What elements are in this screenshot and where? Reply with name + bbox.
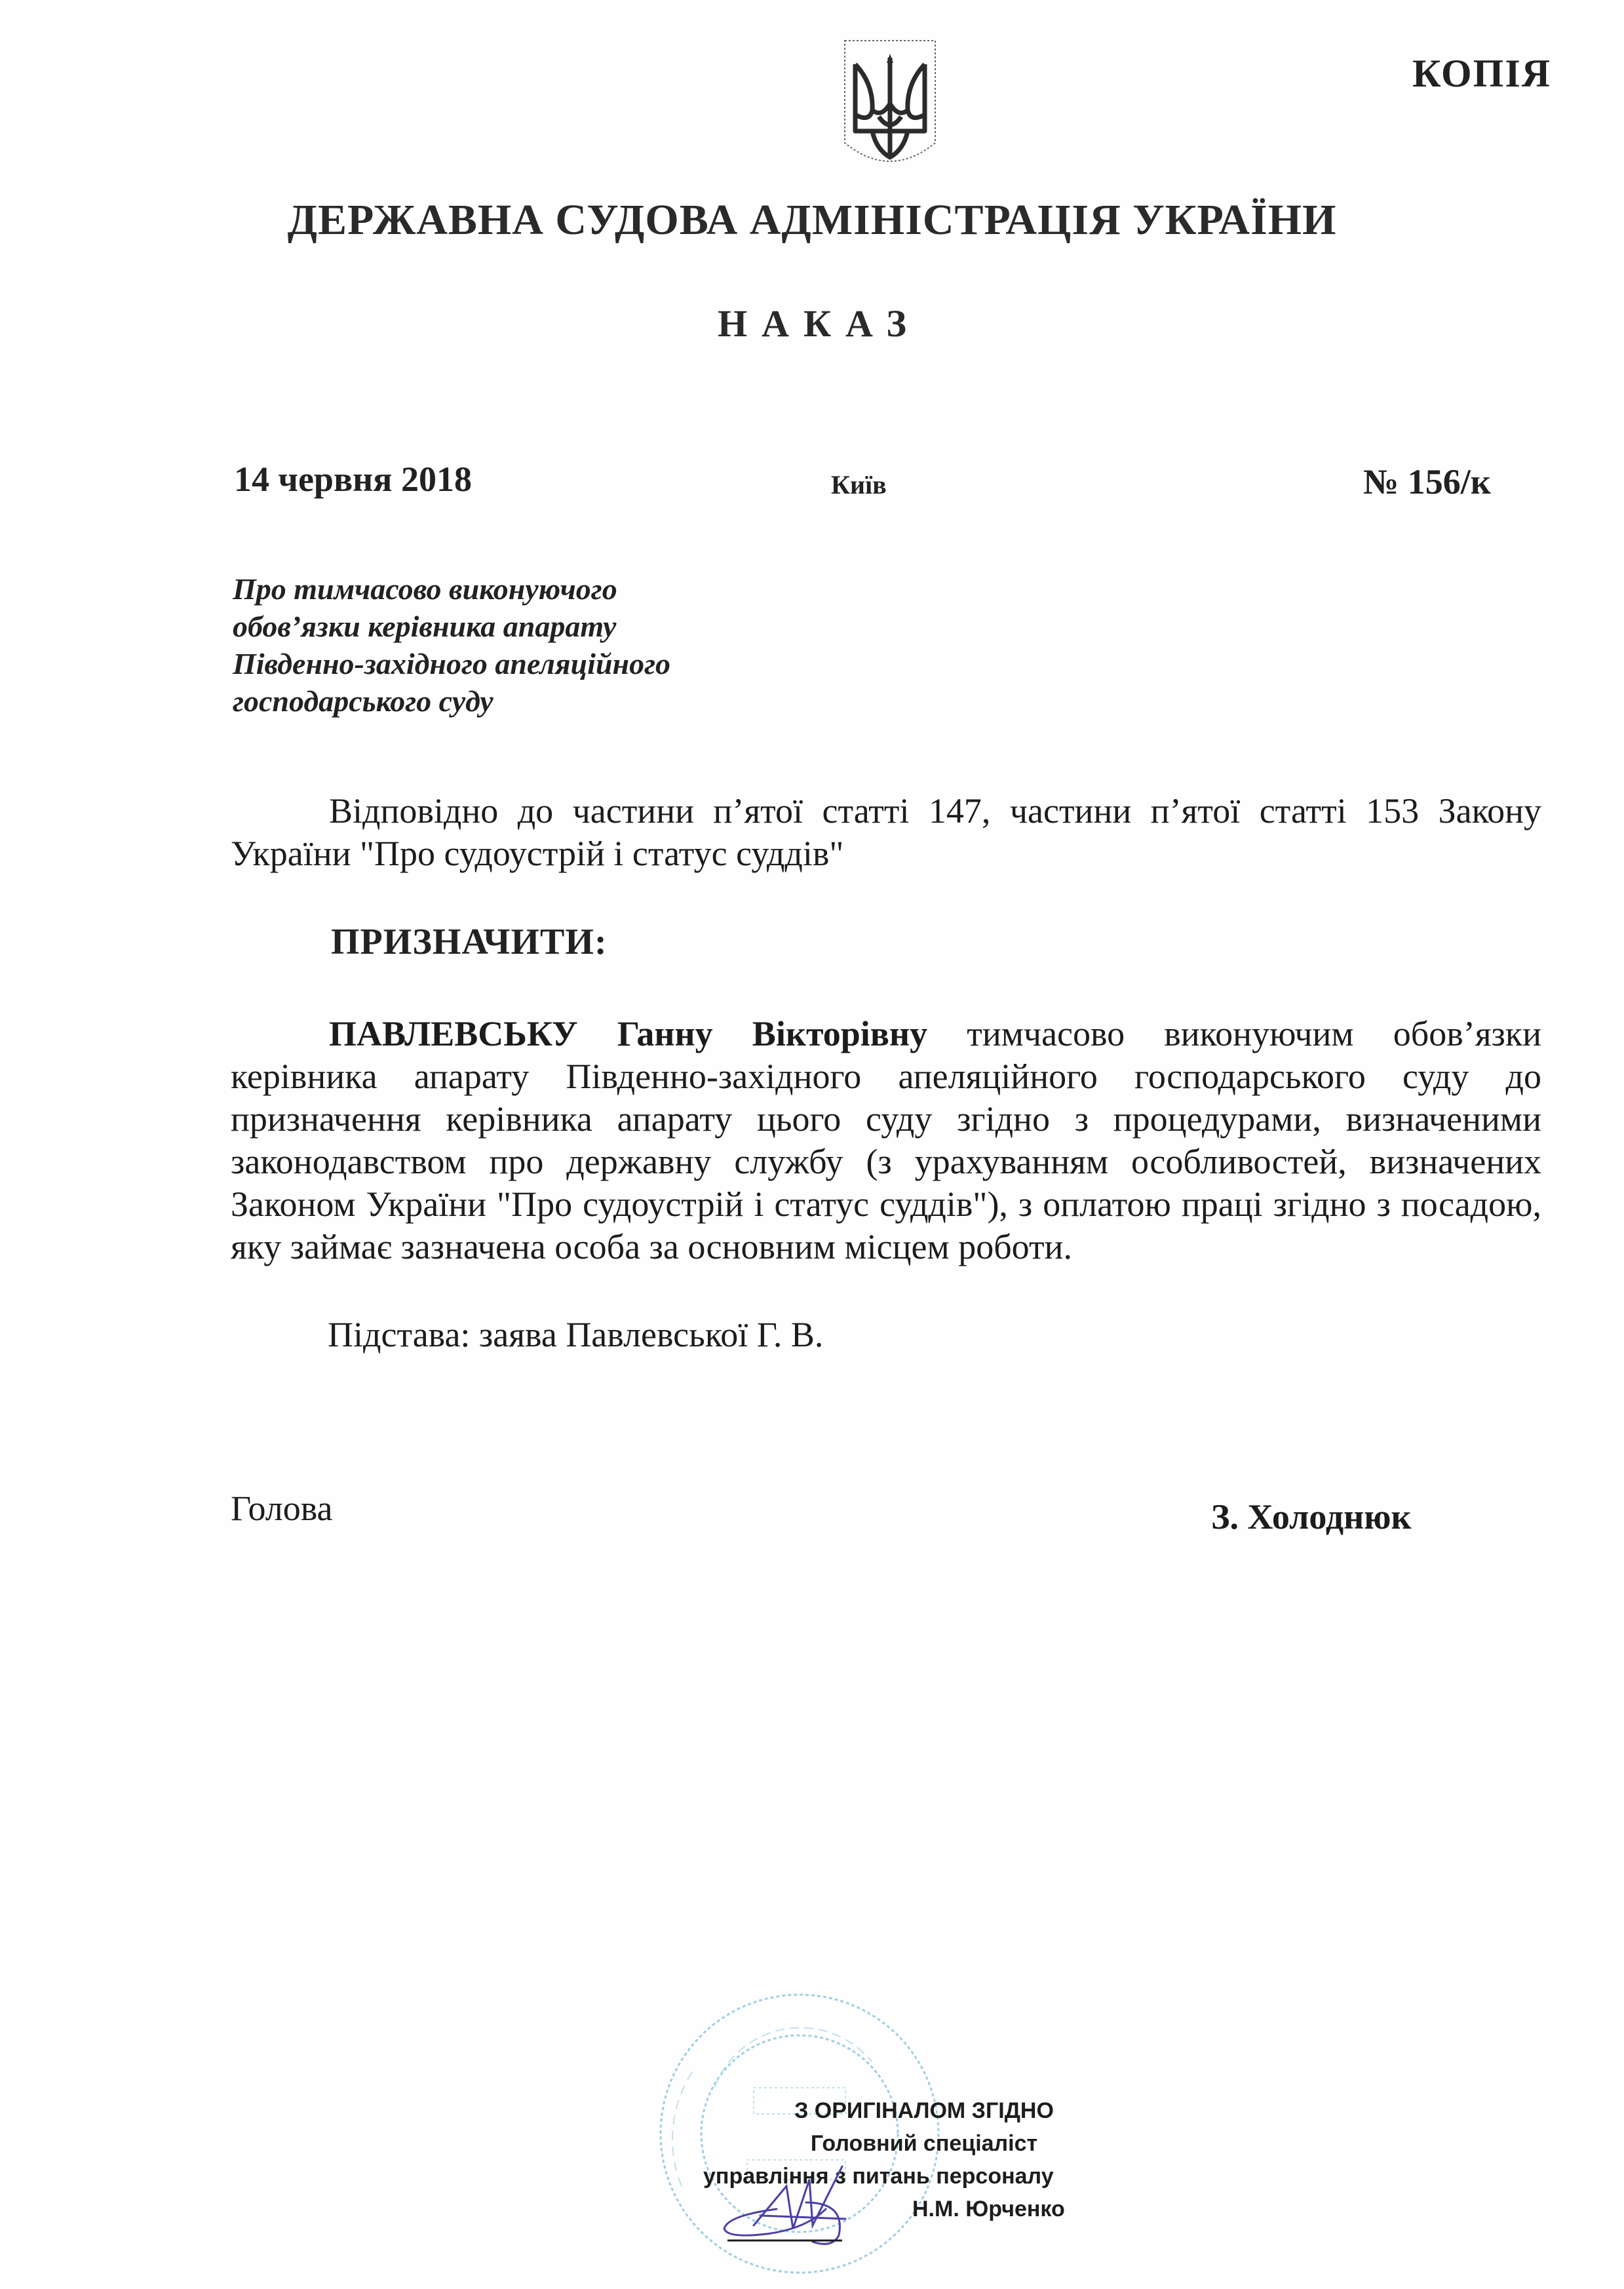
copy-mark: КОПІЯ [1412, 51, 1551, 96]
coat-of-arms-icon [842, 38, 938, 173]
certification-line: Головний спеціаліст [682, 2127, 1167, 2160]
subject-line: обов’язки керівника апарату [233, 608, 670, 645]
signatory-name: З. Холоднюк [1211, 1497, 1412, 1537]
appointee-surname: ПАВЛЕВСЬКУ [329, 1014, 578, 1053]
appointment-paragraph: ПАВЛЕВСЬКУ Ганну Вікторівну тимчасово ви… [231, 1013, 1541, 1268]
order-subject: Про тимчасово виконуючого обов’язки кері… [233, 570, 670, 720]
order-number: № 156/к [1363, 461, 1491, 502]
order-city: Київ [831, 469, 887, 500]
order-date: 14 червня 2018 [234, 459, 472, 499]
subject-line: Південно-західного апеляційного [233, 645, 670, 682]
subject-line: господарського суду [233, 682, 670, 720]
subject-line: Про тимчасово виконуючого [233, 570, 670, 608]
organization-title: ДЕРЖАВНА СУДОВА АДМІНІСТРАЦІЯ УКРАЇНИ [0, 195, 1624, 245]
document-page: КОПІЯ ДЕРЖАВНА СУДОВА АДМІНІСТРАЦІЯ УКРА… [0, 0, 1624, 2289]
certification-line: З ОРИГІНАЛОМ ЗГІДНО [682, 2094, 1167, 2127]
document-type-title: НАКАЗ [0, 302, 1624, 345]
basis-line: Підстава: заява Павлевської Г. В. [328, 1314, 823, 1355]
handwritten-signature-icon [714, 2163, 872, 2248]
preamble-paragraph: Відповідно до частини п’ятої статті 147,… [231, 790, 1541, 875]
signatory-role: Голова [231, 1488, 332, 1529]
directive-heading: ПРИЗНАЧИТИ: [331, 921, 608, 963]
appointee-given-name: Ганну Вікторівну [617, 1014, 927, 1053]
